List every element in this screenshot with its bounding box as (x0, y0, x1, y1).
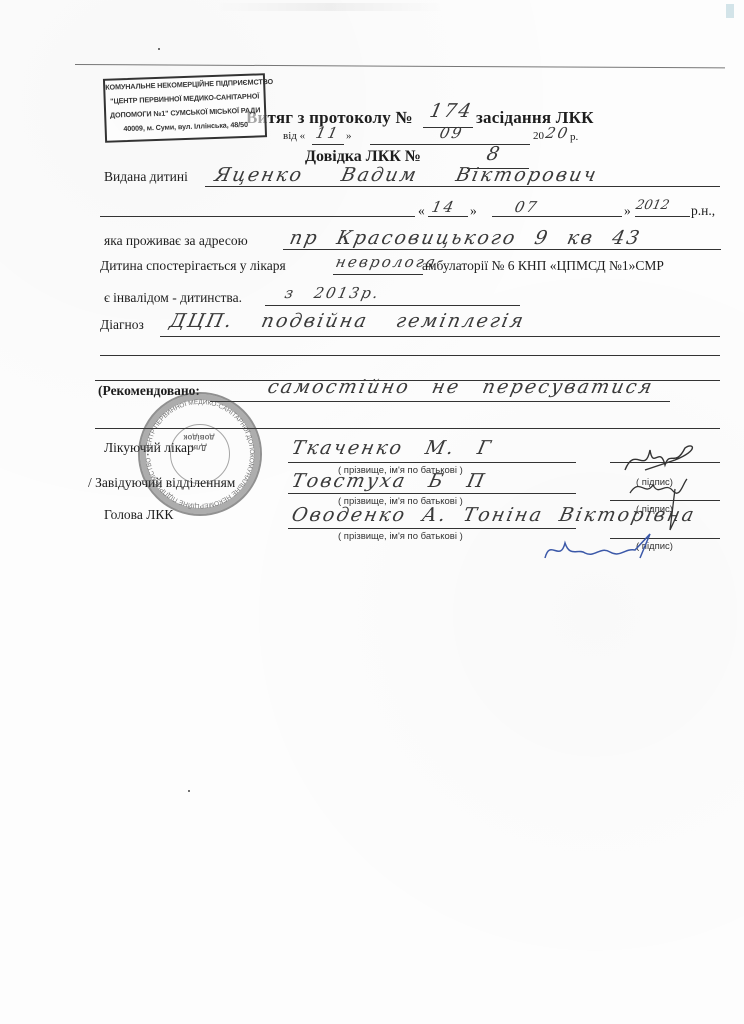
disability-label: є інвалідом - дитинства. (104, 290, 242, 306)
name-caption: ( прізвище, ім'я по батькові ) (338, 531, 463, 542)
observed-suffix: амбулаторії № 6 КНП «ЦПМСД №1»СМР (422, 258, 664, 274)
diagnosis-line-2 (100, 355, 720, 356)
seal-center-text: Для довідок (176, 432, 222, 452)
diagnosis-value: ДЦП. подвійна геміплегія (168, 310, 528, 332)
round-seal-stamp: КОМУНАЛЬНЕ НЕКОМЕРЦІЙНЕ ПІДПРИЄМСТВО • Ц… (138, 392, 262, 516)
disability-line (265, 305, 520, 306)
address-value: пр Красовицького 9 кв 43 (288, 227, 644, 249)
day-close: » (346, 130, 352, 142)
scan-speck (188, 790, 190, 792)
protocol-month: 09 (438, 124, 465, 142)
scan-corner-mark (726, 4, 734, 18)
address-line (283, 249, 721, 250)
protocol-number: 174 (428, 100, 476, 122)
diagnosis-label: Діагноз (100, 317, 144, 333)
seal-center-line: довідок (176, 432, 222, 442)
protocol-year: 20 (544, 124, 571, 142)
day-line (312, 144, 344, 145)
certificate-number: 8 (485, 143, 504, 165)
seal-center-line: Для (176, 442, 222, 452)
dob-month-line (492, 216, 622, 217)
disability-since: з 2013р. (283, 284, 382, 302)
dob-close-2: » (624, 203, 631, 219)
attending-doctor-name: Ткаченко М. Г (290, 437, 495, 459)
issued-to-line (205, 186, 720, 187)
head-of-department-name: Товстуха Б П (290, 470, 489, 492)
commission-head-name-line (288, 528, 576, 529)
scan-speck (158, 48, 160, 50)
address-label: яка проживає за адресою (104, 233, 248, 249)
head-of-department-name-line (288, 493, 576, 494)
dob-open: « (418, 203, 425, 219)
date-from-label: від « (283, 130, 305, 142)
year-label: р. (570, 131, 578, 143)
dob-prefix-line (100, 216, 415, 217)
dob-day: 14 (430, 198, 457, 216)
top-divider (75, 64, 725, 68)
recommended-value: самостійно не пересуватися (266, 376, 656, 398)
commission-head-signature-icon (540, 528, 660, 568)
recommended-line (210, 401, 670, 402)
issued-to-label: Видана дитині (104, 169, 188, 185)
observed-line (333, 274, 423, 275)
child-name: Яценко Вадим Вікторович (213, 164, 600, 186)
dob-suffix: р.н., (691, 203, 715, 219)
year-prefix: 20 (533, 130, 544, 142)
scan-smudge (215, 3, 445, 11)
diagnosis-line (160, 336, 720, 337)
protocol-title-suffix: засідання ЛКК (476, 108, 594, 128)
protocol-day: 11 (314, 124, 341, 142)
dob-year-line (635, 216, 690, 217)
head-of-department-signature-icon (625, 475, 695, 535)
dob-day-line (428, 216, 468, 217)
dob-year: 2012 (634, 198, 670, 213)
month-line (370, 144, 530, 145)
dob-close: » (470, 203, 477, 219)
dob-month: 07 (513, 198, 540, 216)
attending-doctor-name-line (288, 462, 576, 463)
observed-label: Дитина спостерігається у лікаря (100, 258, 286, 274)
institution-stamp: КОМУНАЛЬНЕ НЕКОМЕРЦІЙНЕ ПІДПРИЄМСТВО "ЦЕ… (103, 73, 267, 143)
